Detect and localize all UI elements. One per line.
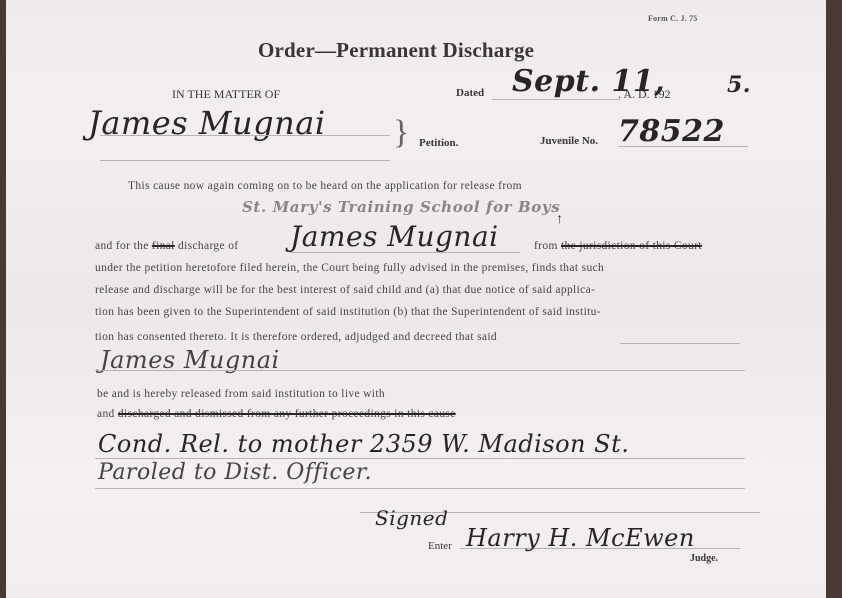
note-paroled: Paroled to Dist. Officer. bbox=[98, 460, 372, 485]
institution-stamp: St. Mary's Training School for Boys bbox=[242, 198, 560, 216]
notes-rule-2 bbox=[95, 488, 745, 489]
petition-name-handwritten: James Mugnai bbox=[88, 104, 326, 142]
judge-signature-handwritten: Harry H. McEwen bbox=[466, 524, 695, 552]
petition-bracket: } bbox=[393, 114, 409, 152]
dated-label: Dated bbox=[456, 87, 484, 99]
struck-word-final: final bbox=[152, 240, 175, 252]
body-line-2: and for the final discharge of bbox=[95, 240, 238, 252]
dated-rule bbox=[492, 99, 620, 100]
body-line-4: release and discharge will be for the be… bbox=[95, 284, 595, 296]
body-line-6: tion has consented thereto. It is theref… bbox=[95, 331, 497, 343]
struck-jurisdiction: the jurisdiction of this Court bbox=[561, 240, 702, 252]
name-rule-1 bbox=[100, 135, 390, 136]
notes-rule-1 bbox=[95, 458, 745, 459]
juvenile-number-handwritten: 78522 bbox=[618, 114, 725, 149]
in-the-matter-label: IN THE MATTER OF bbox=[172, 87, 280, 102]
released-name-rule bbox=[95, 370, 745, 371]
body-line-3: under the petition heretofore filed here… bbox=[95, 262, 604, 274]
body-line-1: This cause now again coming on to be hea… bbox=[128, 180, 522, 192]
discharge-name-rule bbox=[290, 252, 520, 253]
body-line-9: and discharged and dismissed from any fu… bbox=[97, 408, 456, 420]
note-conditional-release: Cond. Rel. to mother 2359 W. Madison St. bbox=[98, 430, 629, 458]
insertion-arrow-mark: ↑ bbox=[556, 212, 563, 228]
enter-label: Enter bbox=[428, 540, 452, 552]
discharge-name-handwritten: James Mugnai bbox=[290, 220, 499, 253]
body-line-5: tion has been given to the Superintenden… bbox=[95, 306, 601, 318]
ad-label: . A. D. 192 bbox=[618, 87, 671, 102]
name-rule-2 bbox=[100, 160, 390, 161]
juvenile-label: Juvenile No. bbox=[540, 135, 598, 147]
struck-dismissal: discharged and dismissed from any furthe… bbox=[118, 408, 456, 420]
form-number: Form C. J. 75 bbox=[648, 14, 697, 23]
signed-handwritten: Signed bbox=[375, 506, 448, 530]
body-line-8: be and is hereby released from said inst… bbox=[97, 388, 385, 400]
petition-label: Petition. bbox=[419, 137, 458, 149]
said-rule bbox=[620, 343, 740, 344]
year-digit-handwritten: 5. bbox=[727, 72, 751, 98]
body-line-2-from: from the jurisdiction of this Court bbox=[534, 240, 702, 252]
page-edge-border bbox=[826, 0, 842, 598]
document-title: Order—Permanent Discharge bbox=[258, 38, 534, 63]
judge-label: Judge. bbox=[690, 553, 718, 564]
